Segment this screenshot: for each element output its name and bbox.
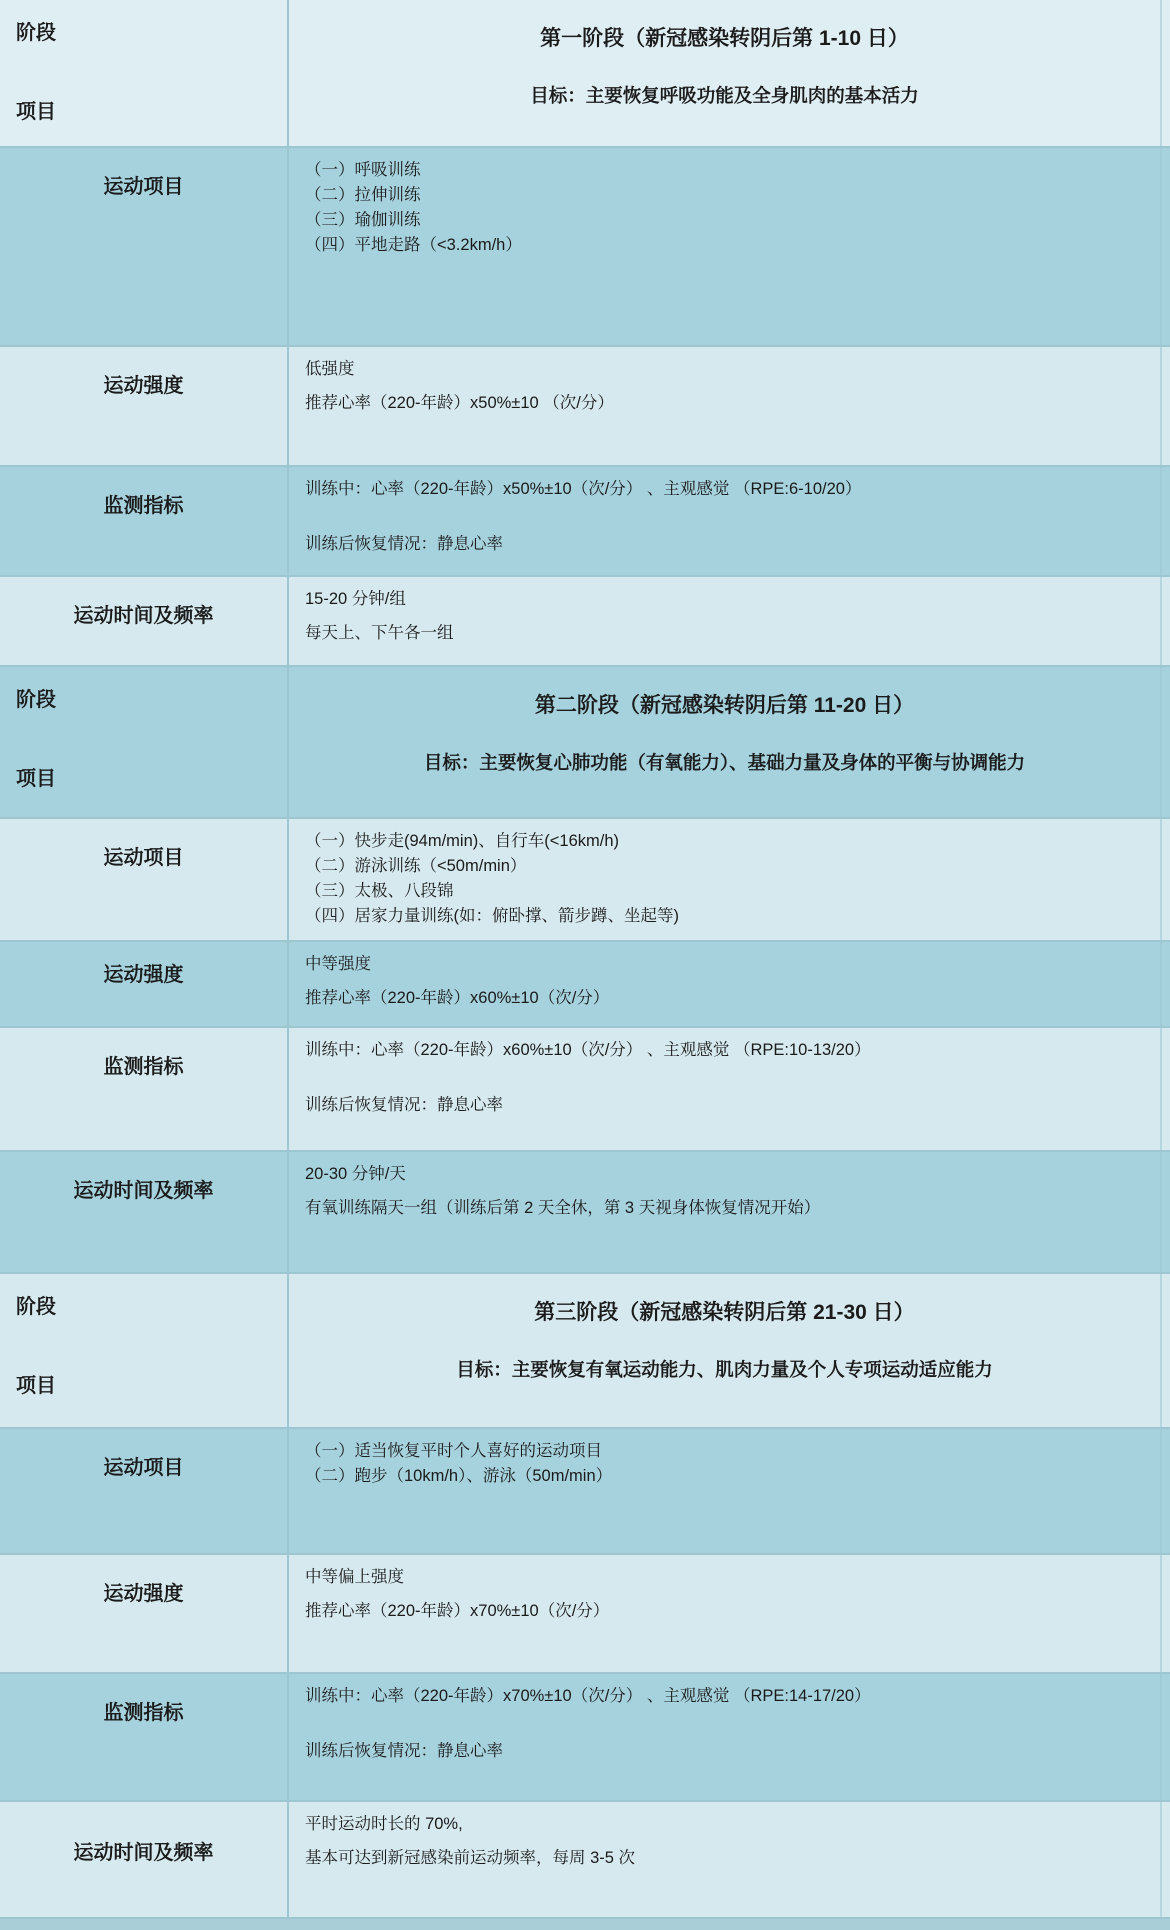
stage2-header-cell: 第二阶段（新冠感染转阴后第 11-20 日） 目标：主要恢复心肺功能（有氧能力）… — [287, 667, 1160, 817]
item-label: 项目 — [16, 1369, 287, 1398]
exercise-item: （四）居家力量训练(如：俯卧撑、箭步蹲、坐起等) — [305, 904, 1138, 929]
stage2-exercise-row: 运动项目 （一）快步走(94m/min)、自行车(<16km/h) （二）游泳训… — [0, 817, 1170, 940]
time-duration: 15-20 分钟/组 — [305, 587, 1138, 612]
stage-label: 阶段 — [16, 16, 287, 45]
exercise-item: （三）太极、八段锦 — [305, 879, 1138, 904]
stage2-time-row: 运动时间及频率 20-30 分钟/天 有氧训练隔天一组（训练后第 2 天全休，第… — [0, 1150, 1170, 1272]
stage3-title: 第三阶段（新冠感染转阴后第 21-30 日） — [534, 1296, 914, 1326]
edge-strip — [1160, 1429, 1170, 1553]
time-frequency: 有氧训练隔天一组（训练后第 2 天全休，第 3 天视身体恢复情况开始） — [305, 1196, 1138, 1221]
stage3-header-row: 阶段 项目 第三阶段（新冠感染转阴后第 21-30 日） 目标：主要恢复有氧运动… — [0, 1272, 1170, 1427]
stage2-title: 第二阶段（新冠感染转阴后第 11-20 日） — [535, 689, 914, 719]
edge-strip — [1160, 1028, 1170, 1150]
stage-item-label-cell: 阶段 项目 — [0, 667, 287, 817]
stage3-goal: 目标：主要恢复有氧运动能力、肌肉力量及个人专项运动适应能力 — [456, 1356, 993, 1382]
edge-strip — [1160, 1555, 1170, 1672]
monitoring-after: 训练后恢复情况：静息心率 — [305, 532, 1138, 557]
stage1-time-cell: 15-20 分钟/组 每天上、下午各一组 — [287, 577, 1160, 665]
stage-item-label-cell: 阶段 项目 — [0, 1274, 287, 1427]
monitoring-after: 训练后恢复情况：静息心率 — [305, 1739, 1138, 1764]
time-freq-label: 运动时间及频率 — [0, 1152, 287, 1272]
stage3-monitoring-cell: 训练中：心率（220-年龄）x70%±10（次/分） 、主观感觉 （RPE:14… — [287, 1674, 1160, 1800]
stage1-intensity-cell: 低强度 推荐心率（220-年龄）x50%±10 （次/分） — [287, 347, 1160, 465]
recovery-exercise-table: 阶段 项目 第一阶段（新冠感染转阴后第 1-10 日） 目标：主要恢复呼吸功能及… — [0, 0, 1170, 1930]
table-bottom-border — [0, 1917, 1170, 1930]
intensity-level: 中等偏上强度 — [305, 1565, 1138, 1590]
edge-strip — [1160, 1674, 1170, 1800]
monitoring-label: 监测指标 — [0, 467, 287, 575]
stage3-exercise-cell: （一）适当恢复平时个人喜好的运动项目 （二）跑步（10km/h）、游泳（50m/… — [287, 1429, 1160, 1553]
stage2-monitoring-row: 监测指标 训练中：心率（220-年龄）x60%±10（次/分） 、主观感觉 （R… — [0, 1026, 1170, 1150]
exercise-item: （二）游泳训练（<50m/min） — [305, 854, 1138, 879]
exercise-item: （二）拉伸训练 — [305, 183, 1138, 208]
stage2-intensity-cell: 中等强度 推荐心率（220-年龄）x60%±10（次/分） — [287, 942, 1160, 1026]
stage-item-label-cell: 阶段 项目 — [0, 0, 287, 146]
time-duration: 20-30 分钟/天 — [305, 1162, 1138, 1187]
edge-strip — [1160, 942, 1170, 1026]
stage2-exercise-cell: （一）快步走(94m/min)、自行车(<16km/h) （二）游泳训练（<50… — [287, 819, 1160, 940]
monitoring-label: 监测指标 — [0, 1674, 287, 1800]
item-label: 项目 — [16, 95, 287, 124]
edge-strip — [1160, 467, 1170, 575]
stage1-title: 第一阶段（新冠感染转阴后第 1-10 日） — [540, 22, 909, 52]
edge-strip — [1160, 819, 1170, 940]
edge-strip — [1160, 148, 1170, 345]
intensity-level: 中等强度 — [305, 952, 1138, 977]
stage1-intensity-row: 运动强度 低强度 推荐心率（220-年龄）x50%±10 （次/分） — [0, 345, 1170, 465]
stage1-monitoring-cell: 训练中：心率（220-年龄）x50%±10（次/分） 、主观感觉 （RPE:6-… — [287, 467, 1160, 575]
edge-strip — [1160, 667, 1170, 817]
stage3-intensity-cell: 中等偏上强度 推荐心率（220-年龄）x70%±10（次/分） — [287, 1555, 1160, 1672]
stage2-header-row: 阶段 项目 第二阶段（新冠感染转阴后第 11-20 日） 目标：主要恢复心肺功能… — [0, 665, 1170, 817]
stage1-exercise-row: 运动项目 （一）呼吸训练 （二）拉伸训练 （三）瑜伽训练 （四）平地走路（<3.… — [0, 146, 1170, 345]
edge-strip — [1160, 0, 1170, 146]
exercise-item: （一）适当恢复平时个人喜好的运动项目 — [305, 1439, 1138, 1464]
time-duration: 平时运动时长的 70%, — [305, 1812, 1138, 1837]
stage3-intensity-row: 运动强度 中等偏上强度 推荐心率（220-年龄）x70%±10（次/分） — [0, 1553, 1170, 1672]
monitoring-during: 训练中：心率（220-年龄）x70%±10（次/分） 、主观感觉 （RPE:14… — [305, 1684, 1138, 1709]
exercise-label: 运动项目 — [0, 1429, 287, 1553]
stage2-monitoring-cell: 训练中：心率（220-年龄）x60%±10（次/分） 、主观感觉 （RPE:10… — [287, 1028, 1160, 1150]
stage2-goal: 目标：主要恢复心肺功能（有氧能力）、基础力量及身体的平衡与协调能力 — [424, 749, 1025, 775]
exercise-label: 运动项目 — [0, 148, 287, 345]
exercise-label: 运动项目 — [0, 819, 287, 940]
stage3-header-cell: 第三阶段（新冠感染转阴后第 21-30 日） 目标：主要恢复有氧运动能力、肌肉力… — [287, 1274, 1160, 1427]
exercise-item: （四）平地走路（<3.2km/h） — [305, 233, 1138, 258]
stage1-header-cell: 第一阶段（新冠感染转阴后第 1-10 日） 目标：主要恢复呼吸功能及全身肌肉的基… — [287, 0, 1160, 146]
stage-label: 阶段 — [16, 683, 287, 712]
monitoring-during: 训练中：心率（220-年龄）x50%±10（次/分） 、主观感觉 （RPE:6-… — [305, 477, 1138, 502]
intensity-heart-rate: 推荐心率（220-年龄）x50%±10 （次/分） — [305, 391, 1138, 416]
stage1-goal: 目标：主要恢复呼吸功能及全身肌肉的基本活力 — [530, 82, 919, 108]
intensity-label: 运动强度 — [0, 1555, 287, 1672]
edge-strip — [1160, 347, 1170, 465]
stage-label: 阶段 — [16, 1290, 287, 1319]
edge-strip — [1160, 1152, 1170, 1272]
time-freq-label: 运动时间及频率 — [0, 1802, 287, 1917]
intensity-label: 运动强度 — [0, 942, 287, 1026]
intensity-heart-rate: 推荐心率（220-年龄）x60%±10（次/分） — [305, 986, 1138, 1011]
stage2-intensity-row: 运动强度 中等强度 推荐心率（220-年龄）x60%±10（次/分） — [0, 940, 1170, 1026]
intensity-heart-rate: 推荐心率（220-年龄）x70%±10（次/分） — [305, 1599, 1138, 1624]
stage1-header-row: 阶段 项目 第一阶段（新冠感染转阴后第 1-10 日） 目标：主要恢复呼吸功能及… — [0, 0, 1170, 146]
stage2-time-cell: 20-30 分钟/天 有氧训练隔天一组（训练后第 2 天全休，第 3 天视身体恢… — [287, 1152, 1160, 1272]
stage3-time-row: 运动时间及频率 平时运动时长的 70%, 基本可达到新冠感染前运动频率，每周 3… — [0, 1800, 1170, 1917]
time-frequency: 每天上、下午各一组 — [305, 621, 1138, 646]
exercise-item: （三）瑜伽训练 — [305, 208, 1138, 233]
time-frequency: 基本可达到新冠感染前运动频率，每周 3-5 次 — [305, 1846, 1138, 1871]
time-freq-label: 运动时间及频率 — [0, 577, 287, 665]
stage1-exercise-cell: （一）呼吸训练 （二）拉伸训练 （三）瑜伽训练 （四）平地走路（<3.2km/h… — [287, 148, 1160, 345]
monitoring-label: 监测指标 — [0, 1028, 287, 1150]
item-label: 项目 — [16, 762, 287, 791]
edge-strip — [1160, 577, 1170, 665]
monitoring-during: 训练中：心率（220-年龄）x60%±10（次/分） 、主观感觉 （RPE:10… — [305, 1038, 1138, 1063]
stage3-monitoring-row: 监测指标 训练中：心率（220-年龄）x70%±10（次/分） 、主观感觉 （R… — [0, 1672, 1170, 1800]
intensity-label: 运动强度 — [0, 347, 287, 465]
monitoring-after: 训练后恢复情况：静息心率 — [305, 1093, 1138, 1118]
stage1-time-row: 运动时间及频率 15-20 分钟/组 每天上、下午各一组 — [0, 575, 1170, 665]
edge-strip — [1160, 1802, 1170, 1917]
edge-strip — [1160, 1274, 1170, 1427]
exercise-item: （二）跑步（10km/h）、游泳（50m/min） — [305, 1464, 1138, 1489]
stage3-time-cell: 平时运动时长的 70%, 基本可达到新冠感染前运动频率，每周 3-5 次 — [287, 1802, 1160, 1917]
stage1-monitoring-row: 监测指标 训练中：心率（220-年龄）x50%±10（次/分） 、主观感觉 （R… — [0, 465, 1170, 575]
exercise-item: （一）呼吸训练 — [305, 158, 1138, 183]
exercise-item: （一）快步走(94m/min)、自行车(<16km/h) — [305, 829, 1138, 854]
stage3-exercise-row: 运动项目 （一）适当恢复平时个人喜好的运动项目 （二）跑步（10km/h）、游泳… — [0, 1427, 1170, 1553]
intensity-level: 低强度 — [305, 357, 1138, 382]
